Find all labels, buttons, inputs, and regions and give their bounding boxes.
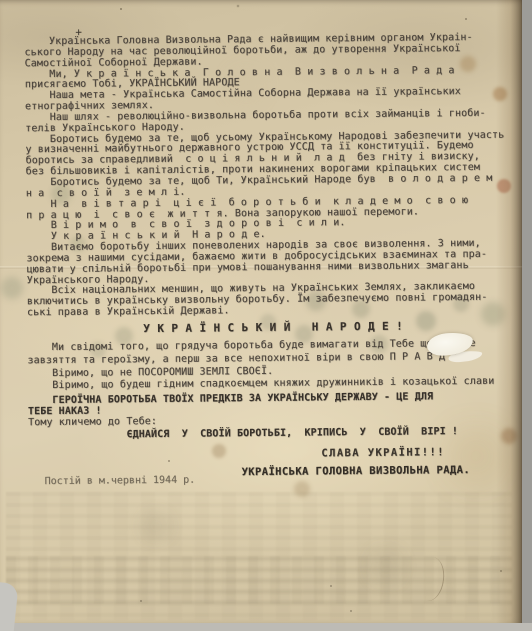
date-place-line: Постій в м.червні 1944 р. <box>45 475 196 487</box>
document-line: ЄДНАЙСЯ У СВОЇЙ БОРОТЬБІ, КРІПИСЬ У СВОЇ… <box>28 426 520 442</box>
scanned-document-view: + Українська Головна Визвольна Рада є на… <box>0 0 532 631</box>
signature-line: УКРАЇНСЬКА ГОЛОВНА ВИЗВОЛЬНА РАДА. <box>241 464 470 478</box>
scanner-background <box>0 623 532 631</box>
slogan-line: СЛАВА УКРАЇНІ!!! <box>321 446 445 459</box>
page-edge-shadow <box>496 0 522 623</box>
document-page: + Українська Головна Визвольна Рада є на… <box>0 0 522 623</box>
document-line: Віримо, що будеш гідним спадкоємцем княж… <box>28 377 520 393</box>
document-line: ські права в Українській Державі. <box>27 304 519 320</box>
document-content: + Українська Головна Визвольна Рада є на… <box>0 0 522 623</box>
document-lines: Українська Головна Визвольна Рада є найв… <box>24 33 520 442</box>
